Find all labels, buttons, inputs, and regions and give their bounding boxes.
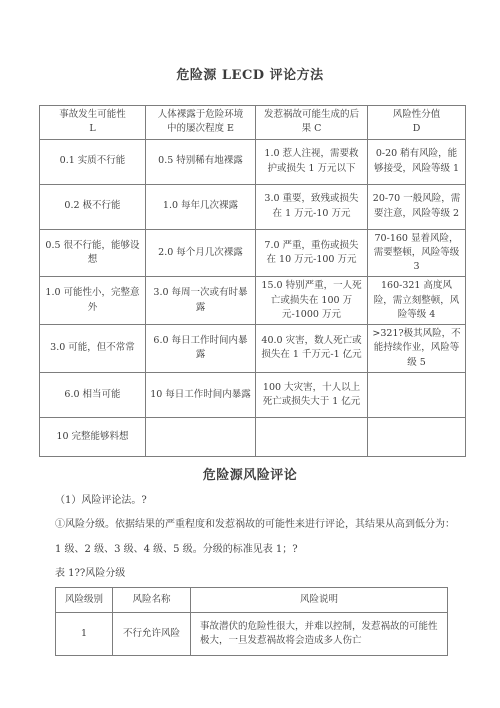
table-row: 0.2 极不行能1.0 每年几次裸露3.0 重要，致残或损失在 1 万元-10 … (40, 184, 466, 229)
table-cell: 3.0 每周一次或有时暴露 (146, 277, 256, 325)
column-header: 人体裸露于危险环境 中的屡次程度 E (146, 106, 256, 140)
table-cell: 15.0 特别严重，一人死亡或损失在 100 万元-1000 万元 (256, 277, 368, 325)
risk-table-header-row: 风险级别风险名称风险说明 (56, 587, 448, 612)
table-row: 1.0 可能性小，完整意外3.0 每周一次或有时暴露15.0 特别严重，一人死亡… (40, 277, 466, 325)
table-cell: 100 大灾害，十人以上死亡或损失大于 1 亿元 (256, 372, 368, 417)
table-cell: 6.0 相当可能 (40, 372, 146, 417)
column-header: 风险说明 (191, 587, 448, 612)
table-cell: 0.2 极不行能 (40, 184, 146, 229)
table-cell: 事故潜伏的危险性很大，并难以控制，发惹祸故的可能性极大，一旦发惹祸故将会造成多人… (191, 612, 448, 655)
column-header: 风险级别 (56, 587, 113, 612)
document-title: 危险源 LECD 评论方法 (0, 0, 500, 83)
risk-table: 风险级别风险名称风险说明 1不行允许风险事故潜伏的危险性很大，并难以控制，发惹祸… (55, 587, 448, 656)
table-cell: 40.0 灾害，数人死亡或损失在 1 千万元-1 亿元 (256, 325, 368, 373)
column-header: 事故发生可能性 L (40, 106, 146, 140)
paragraph-method: （1）风险评论法。? (55, 494, 460, 508)
table-cell: 0.5 特别稀有地裸露 (146, 139, 256, 184)
table-row: 6.0 相当可能10 每日工作时间内暴露100 大灾害，十人以上死亡或损失大于 … (40, 372, 466, 417)
document-page: 危险源 LECD 评论方法 事故发生可能性 L人体裸露于危险环境 中的屡次程度 … (0, 0, 500, 708)
table-cell: 3.0 重要，致残或损失在 1 万元-10 万元 (256, 184, 368, 229)
table-cell: 7.0 严重，重伤或损失在 10 万元-100 万元 (256, 229, 368, 277)
lecd-table-header-row: 事故发生可能性 L人体裸露于危险环境 中的屡次程度 E发惹祸故可能生成的后 果 … (40, 106, 466, 140)
table-cell (256, 417, 368, 456)
table-cell: 3.0 可能，但不常常 (40, 325, 146, 373)
table-cell: 10 每日工作时间内暴露 (146, 372, 256, 417)
table-row: 0.1 实质不行能0.5 特别稀有地裸露1.0 惹人注视，需要救护或损失 1 万… (40, 139, 466, 184)
table-cell: 不行允许风险 (113, 612, 191, 655)
table-cell: 10 完整能够料想 (40, 417, 146, 456)
lecd-table: 事故发生可能性 L人体裸露于危险环境 中的屡次程度 E发惹祸故可能生成的后 果 … (39, 105, 466, 457)
table-cell: 0.5 很不行能，能够设想 (40, 229, 146, 277)
table-cell: 160-321 高度风险，需立刻整顿，风险等级 4 (368, 277, 466, 325)
table-row: 0.5 很不行能，能够设想2.0 每个月几次裸露7.0 严重，重伤或损失在 10… (40, 229, 466, 277)
column-header: 风险性分值 D (368, 106, 466, 140)
table-cell: 0.1 实质不行能 (40, 139, 146, 184)
table-cell: 0-20 稍有风险，能够接受，风险等级 1 (368, 139, 466, 184)
table-cell (368, 372, 466, 417)
column-header: 发惹祸故可能生成的后 果 C (256, 106, 368, 140)
table-cell: 2.0 每个月几次裸露 (146, 229, 256, 277)
table-cell: 1.0 可能性小，完整意外 (40, 277, 146, 325)
table-cell: 70-160 显着风险，需要整顿，风险等级 3 (368, 229, 466, 277)
table-cell: >321?极其风险，不能持续作业，风险等级 5 (368, 325, 466, 373)
table-cell: 1.0 惹人注视，需要救护或损失 1 万元以下 (256, 139, 368, 184)
table-row: 10 完整能够料想 (40, 417, 466, 456)
paragraph-levels: 1 级、2 级、3 级、4 级、5 级。分级的标准见表 1；? (55, 543, 460, 557)
table-cell (368, 417, 466, 456)
table-cell (146, 417, 256, 456)
column-header: 风险名称 (113, 587, 191, 612)
table-cell: 6.0 每日工作时间内暴露 (146, 325, 256, 373)
table-caption: 表 1??风险分级 (55, 567, 460, 581)
paragraph-grading: ①风险分级。依据结果的严重程度和发惹祸故的可能性来进行评论，其结果从高到低分为： (55, 518, 460, 532)
section-title: 危险源风险评论 (0, 464, 500, 483)
table-row: 3.0 可能，但不常常6.0 每日工作时间内暴露40.0 灾害，数人死亡或损失在… (40, 325, 466, 373)
table-cell: 20-70 一般风险，需要注意，风险等级 2 (368, 184, 466, 229)
table-cell: 1.0 每年几次裸露 (146, 184, 256, 229)
table-cell: 1 (56, 612, 113, 655)
table-row: 1不行允许风险事故潜伏的危险性很大，并难以控制，发惹祸故的可能性极大，一旦发惹祸… (56, 612, 448, 655)
